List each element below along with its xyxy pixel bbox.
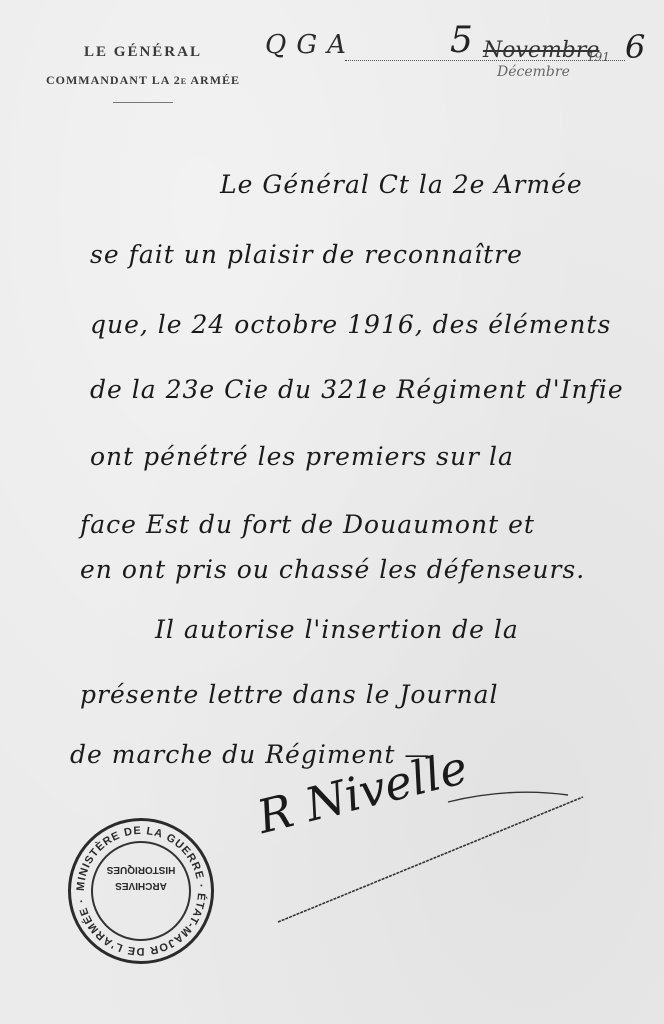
body-line: présente lettre dans le Journal — [80, 680, 499, 709]
stamp-center: ARCHIVES HISTORIQUES — [71, 861, 211, 893]
date-place: QGA — [265, 30, 356, 60]
body-line: que, le 24 octobre 1916, des éléments — [90, 310, 611, 339]
letterhead-subtitle: COMMANDANT LA 2e ARMÉE — [28, 73, 258, 88]
stamp-inner-line1: ARCHIVES — [71, 877, 211, 893]
body-line: de la 23e Cie du 321e Régiment d'Infie — [90, 375, 624, 404]
body-line: Il autorise l'insertion de la — [155, 615, 519, 644]
body-line: ont pénétré les premiers sur la — [90, 442, 514, 471]
letterhead: LE GÉNÉRAL COMMANDANT LA 2e ARMÉE — [28, 44, 258, 103]
dateline: QGA 5 Novembre Décembre 191 6 — [265, 18, 655, 78]
stamp-inner-line2: HISTORIQUES — [71, 861, 211, 877]
body-line: face Est du fort de Douaumont et — [80, 510, 535, 539]
date-month-struck: Novembre — [483, 38, 599, 63]
date-year-digit: 6 — [625, 28, 645, 66]
body-line: en ont pris ou chassé les défenseurs. — [80, 555, 585, 584]
date-year-prefix: 191 — [587, 50, 610, 64]
body-line: se fait un plaisir de reconnaître — [90, 240, 523, 269]
letterhead-rule — [113, 102, 173, 103]
date-month-corrected: Décembre — [497, 64, 570, 80]
archive-stamp: MINISTÈRE DE LA GUERRE · ÉTAT-MAJOR DE L… — [68, 818, 214, 964]
letterhead-title: LE GÉNÉRAL — [28, 44, 258, 61]
date-day: 5 — [450, 20, 473, 61]
body-line: Le Général Ct la 2e Armée — [220, 170, 583, 199]
